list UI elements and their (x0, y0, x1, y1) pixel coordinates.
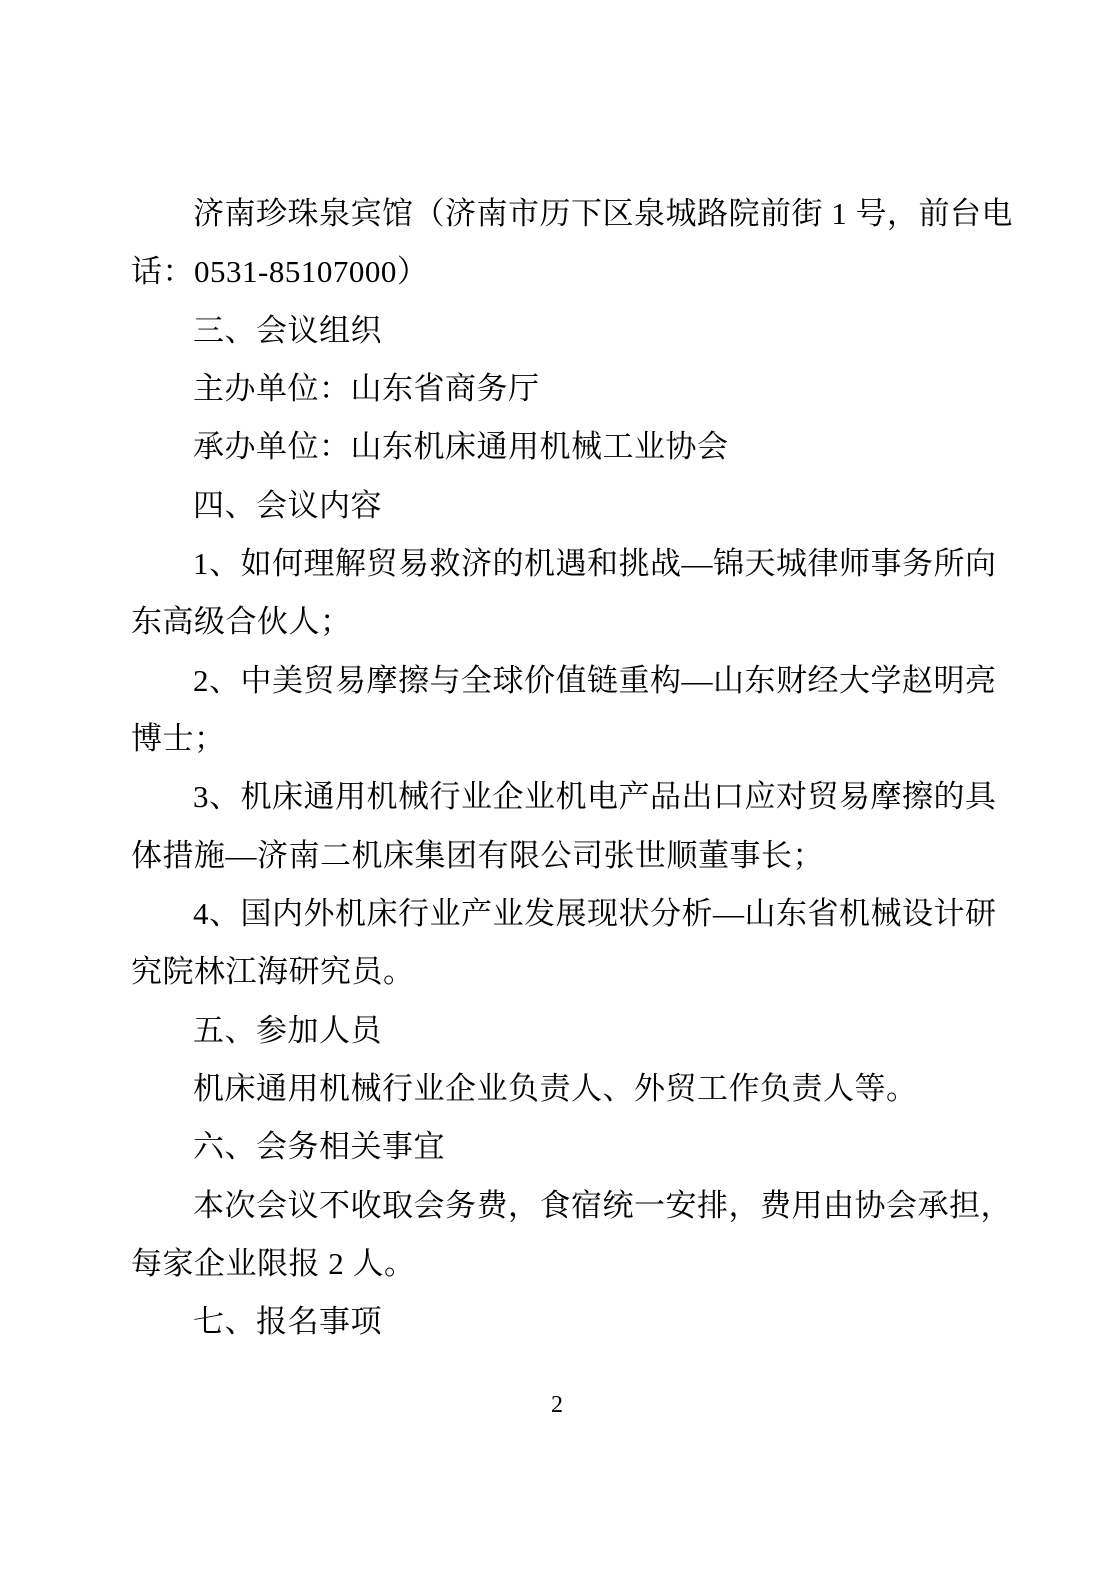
document-line: 承办单位：山东机床通用机械工业协会 (131, 418, 976, 476)
document-line: 东高级合伙人； (131, 593, 976, 651)
document-line: 济南珍珠泉宾馆（济南市历下区泉城路院前街 1 号，前台电 (131, 185, 976, 243)
document-line: 体措施—济南二机床集团有限公司张世顺董事长； (131, 827, 976, 885)
document-line: 机床通用机械行业企业负责人、外贸工作负责人等。 (131, 1060, 976, 1118)
document-line: 主办单位：山东省商务厅 (131, 360, 976, 418)
section-heading: 三、会议组织 (131, 302, 976, 360)
document-line: 本次会议不收取会务费，食宿统一安排，费用由协会承担， (131, 1177, 976, 1235)
document-line: 究院林江海研究员。 (131, 943, 976, 1001)
section-heading: 七、报名事项 (131, 1293, 976, 1351)
document-line: 2、中美贸易摩擦与全球价值链重构—山东财经大学赵明亮 (131, 652, 976, 710)
document-line: 话：0531-85107000） (131, 243, 976, 301)
page-number: 2 (0, 1391, 1114, 1419)
document-line: 3、机床通用机械行业企业机电产品出口应对贸易摩擦的具 (131, 768, 976, 826)
document-body: 济南珍珠泉宾馆（济南市历下区泉城路院前街 1 号，前台电 话：0531-8510… (131, 185, 976, 1352)
section-heading: 四、会议内容 (131, 477, 976, 535)
section-heading: 六、会务相关事宜 (131, 1118, 976, 1176)
document-page: 济南珍珠泉宾馆（济南市历下区泉城路院前街 1 号，前台电 话：0531-8510… (0, 0, 1114, 1575)
document-line: 4、国内外机床行业产业发展现状分析—山东省机械设计研 (131, 885, 976, 943)
document-line: 1、如何理解贸易救济的机遇和挑战—锦天城律师事务所向 (131, 535, 976, 593)
section-heading: 五、参加人员 (131, 1002, 976, 1060)
document-line: 博士； (131, 710, 976, 768)
document-line: 每家企业限报 2 人。 (131, 1235, 976, 1293)
